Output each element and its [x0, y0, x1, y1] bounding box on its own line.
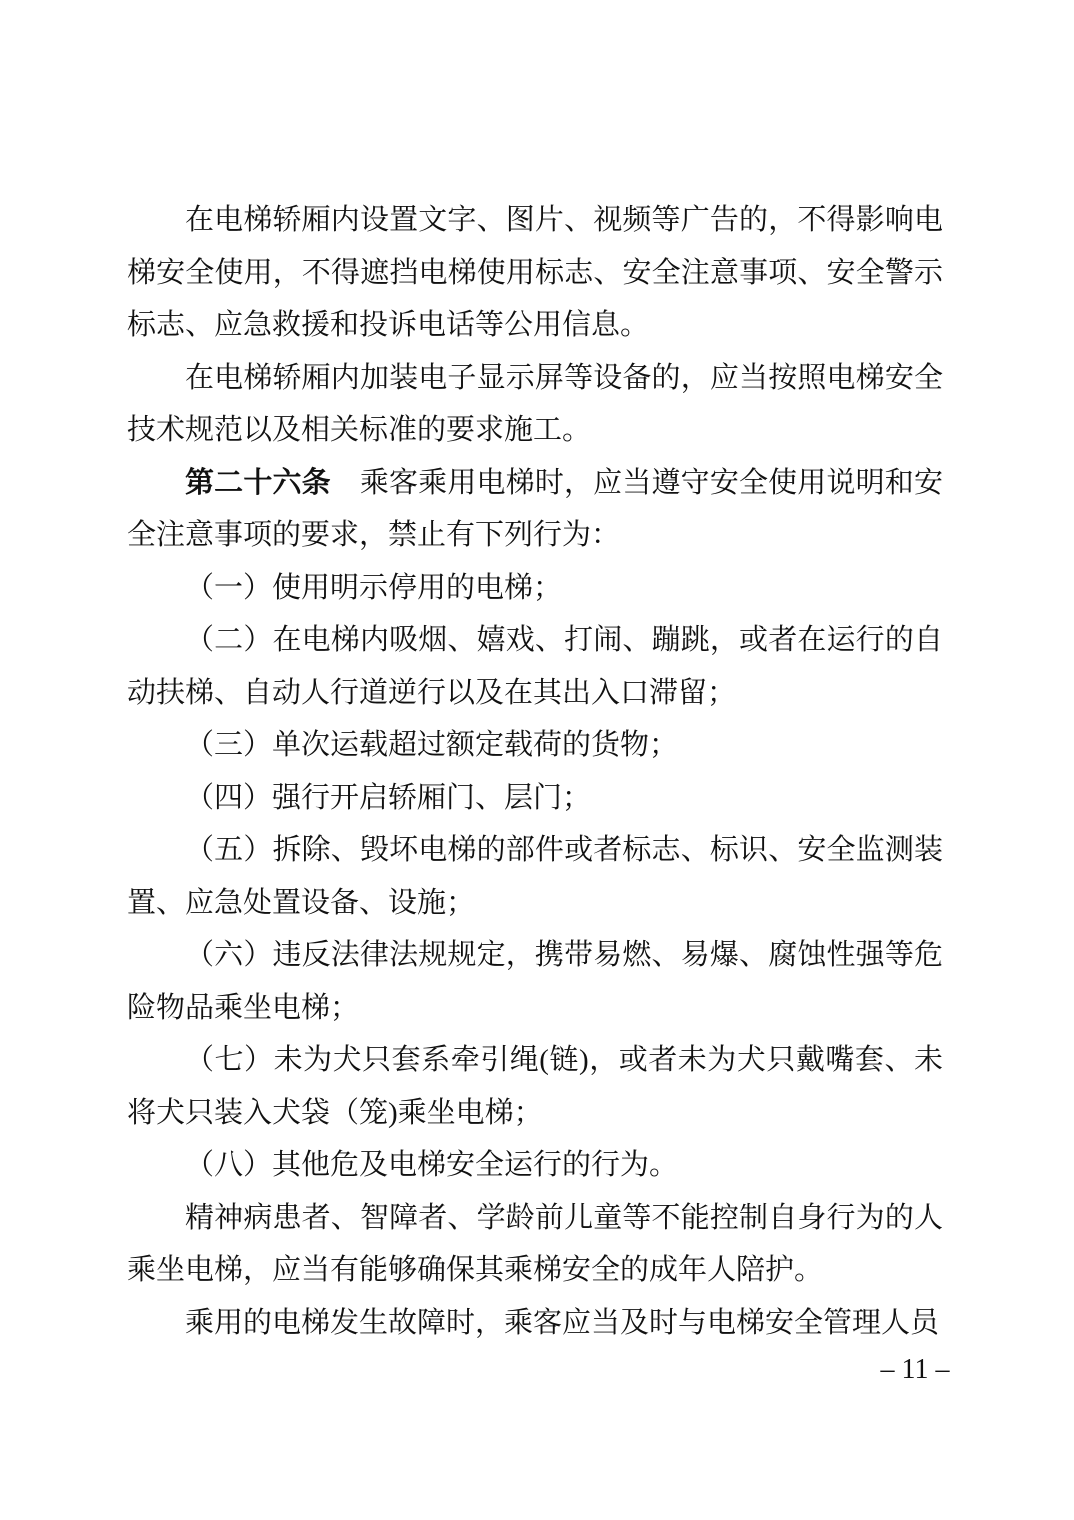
list-item-2: （二）在电梯内吸烟、嬉戏、打闹、蹦跳，或者在运行的自动扶梯、自动人行道逆行以及在… — [127, 614, 943, 719]
article-number: 第二十六条 — [185, 467, 331, 499]
list-item-1: （一）使用明示停用的电梯； — [127, 562, 943, 615]
paragraph: 在电梯轿厢内加装电子显示屏等设备的，应当按照电梯安全技术规范以及相关标准的要求施… — [127, 352, 943, 457]
paragraph: 乘用的电梯发生故障时，乘客应当及时与电梯安全管理人员 — [127, 1297, 943, 1350]
document-page: 在电梯轿厢内设置文字、图片、视频等广告的，不得影响电梯安全使用，不得遮挡电梯使用… — [0, 0, 1074, 1520]
paragraph: 在电梯轿厢内设置文字、图片、视频等广告的，不得影响电梯安全使用，不得遮挡电梯使用… — [127, 194, 943, 352]
document-body: 在电梯轿厢内设置文字、图片、视频等广告的，不得影响电梯安全使用，不得遮挡电梯使用… — [127, 194, 943, 1349]
list-item-4: （四）强行开启轿厢门、层门； — [127, 772, 943, 825]
list-item-8: （八）其他危及电梯安全运行的行为。 — [127, 1139, 943, 1192]
list-item-6: （六）违反法律法规规定，携带易燃、易爆、腐蚀性强等危险物品乘坐电梯； — [127, 929, 943, 1034]
page-number: – 11 – — [848, 1350, 982, 1390]
list-item-7: （七）未为犬只套系牵引绳(链)，或者未为犬只戴嘴套、未将犬只装入犬袋（笼)乘坐电… — [127, 1034, 943, 1139]
paragraph-article-26: 第二十六条乘客乘用电梯时，应当遵守安全使用说明和安全注意事项的要求，禁止有下列行… — [127, 457, 943, 562]
paragraph: 精神病患者、智障者、学龄前儿童等不能控制自身行为的人乘坐电梯，应当有能够确保其乘… — [127, 1192, 943, 1297]
list-item-3: （三）单次运载超过额定载荷的货物； — [127, 719, 943, 772]
list-item-5: （五）拆除、毁坏电梯的部件或者标志、标识、安全监测装置、应急处置设备、设施； — [127, 824, 943, 929]
